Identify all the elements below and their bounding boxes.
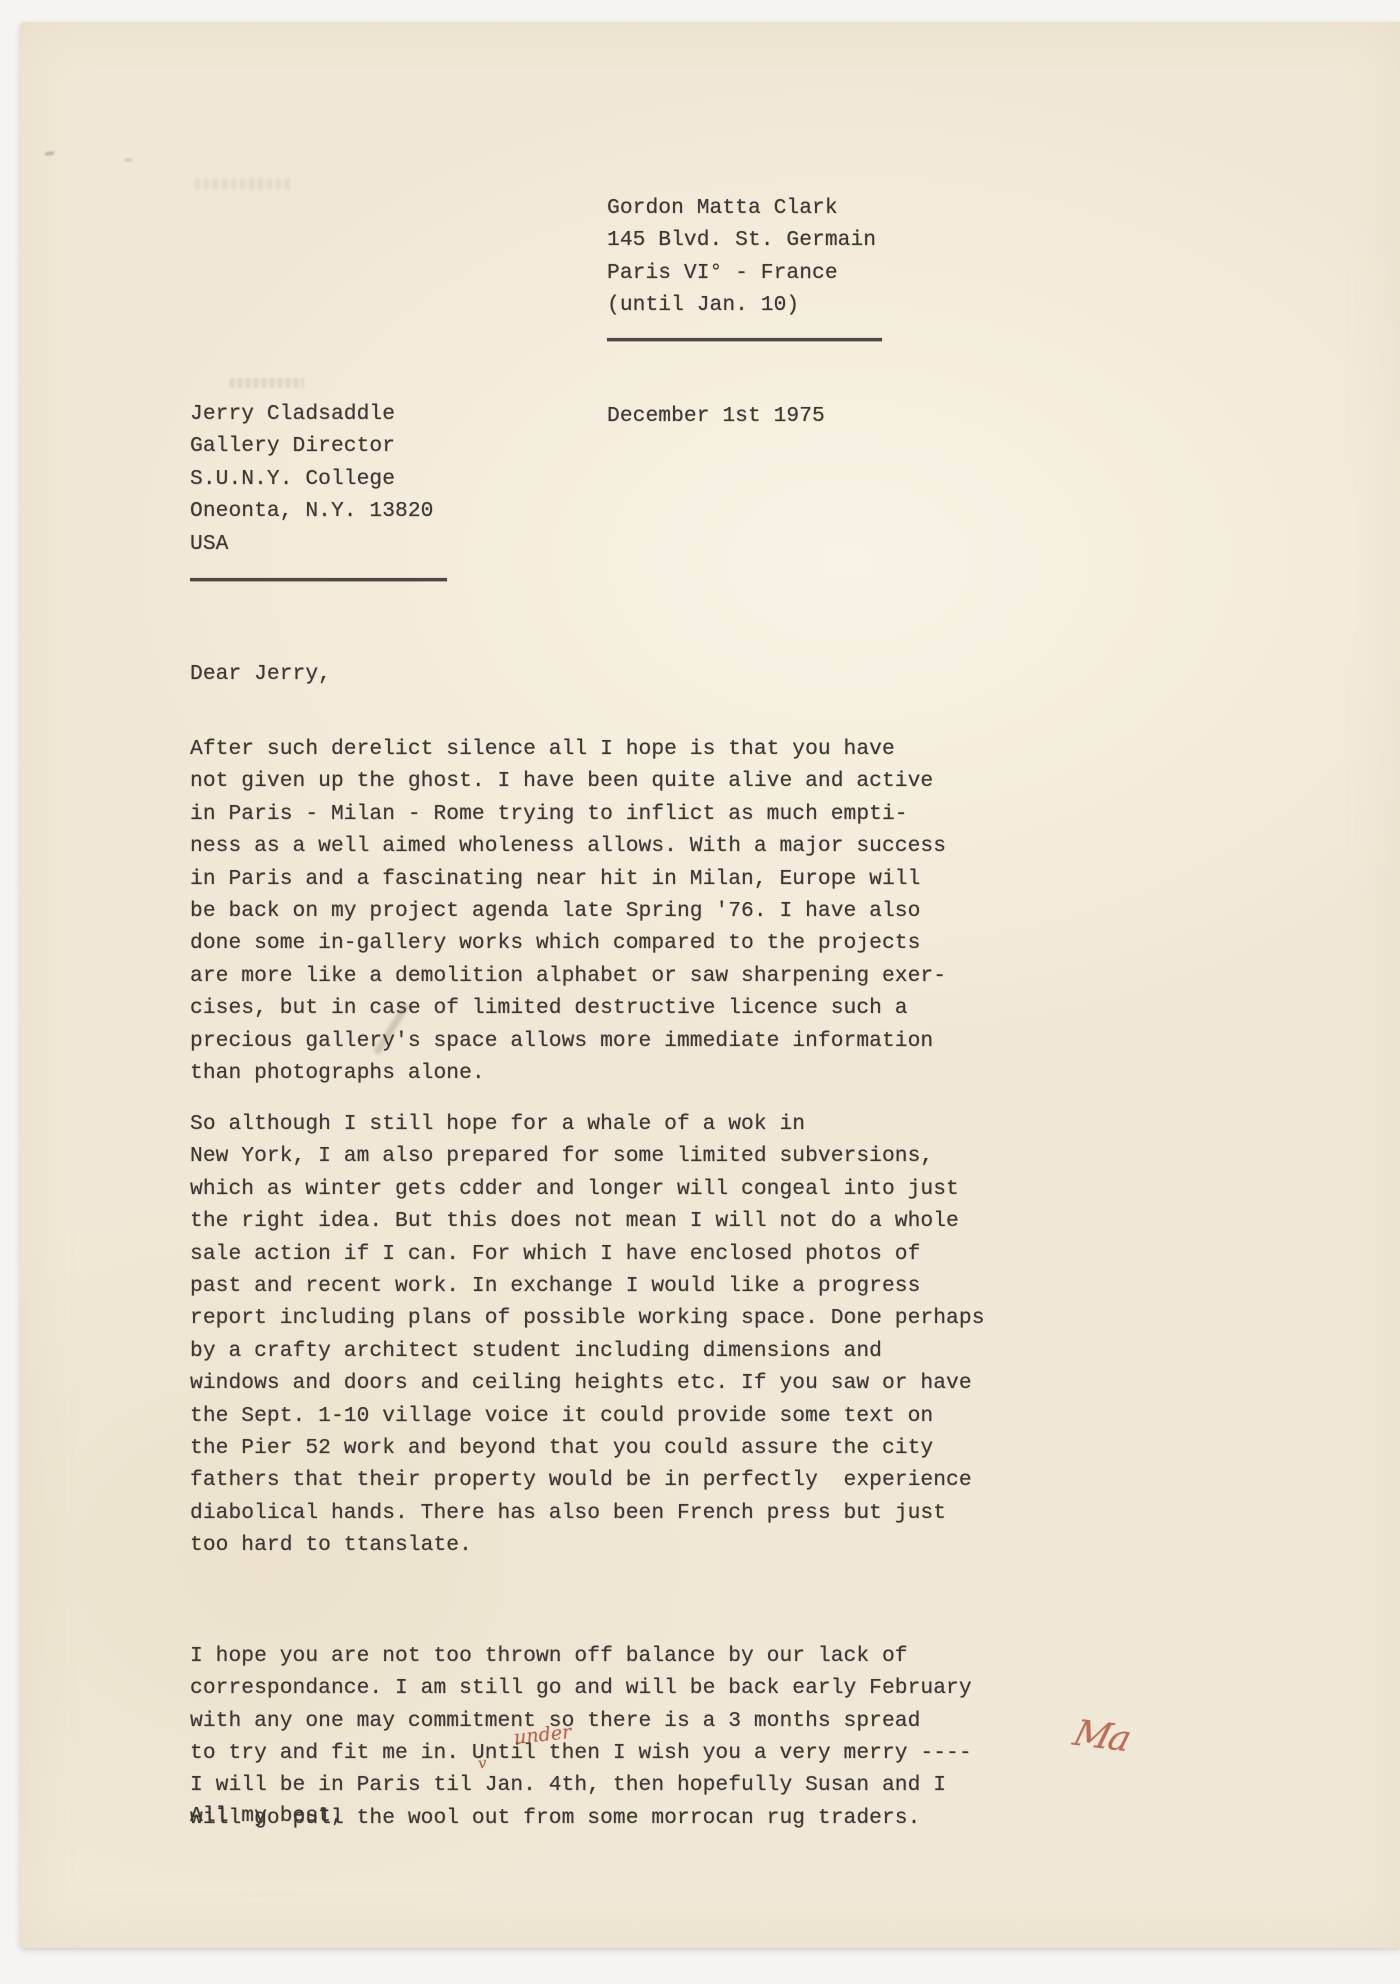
typed-text-line: Gallery Director	[190, 430, 433, 462]
typed-text-line: which as winter gets cdder and longer wi…	[190, 1173, 985, 1205]
typed-rule-under-recipient	[190, 578, 447, 581]
typed-text-line: 145 Blvd. St. Germain	[607, 224, 876, 256]
typed-text-line: with any one may commitment so there is …	[190, 1705, 972, 1737]
typed-text-line: ness as a well aimed wholeness allows. W…	[190, 830, 946, 862]
typed-text-line: I hope you are not too thrown off balanc…	[190, 1640, 972, 1672]
ink-speck	[125, 159, 132, 161]
typed-text-line: too hard to ttanslate.	[190, 1529, 985, 1561]
typed-text-line: Jerry Cladsaddle	[190, 398, 433, 430]
closing-line: All my best,	[190, 1800, 344, 1832]
ghost-text-smudge	[195, 178, 291, 190]
body-paragraph-1: After such derelict silence all I hope i…	[190, 733, 946, 1089]
typed-text-line: by a crafty architect student including …	[190, 1335, 985, 1367]
salutation: Dear Jerry,	[190, 658, 331, 690]
ghost-text-smudge	[230, 378, 304, 388]
letter-date: December 1st 1975	[607, 400, 825, 432]
typed-text-line: be back on my project agenda late Spring…	[190, 895, 946, 927]
typed-text-line: precious gallery's space allows more imm…	[190, 1025, 946, 1057]
typed-text-line: fathers that their property would be in …	[190, 1464, 985, 1496]
red-overwrite-scribble: Ma	[1070, 1718, 1132, 1756]
typed-text-line: New York, I am also prepared for some li…	[190, 1140, 985, 1172]
ink-speck	[45, 151, 54, 155]
typed-text-line: diabolical hands. There has also been Fr…	[190, 1497, 985, 1529]
typed-text-line: the right idea. But this does not mean I…	[190, 1205, 985, 1237]
typed-text-line: the Sept. 1-10 village voice it could pr…	[190, 1400, 985, 1432]
typed-text-line: past and recent work. In exchange I woul…	[190, 1270, 985, 1302]
typed-text-line: sale action if I can. For which I have e…	[190, 1238, 985, 1270]
body-paragraph-3: I hope you are not too thrown off balanc…	[190, 1575, 972, 1834]
sender-address-block: Gordon Matta Clark145 Blvd. St. GermainP…	[607, 192, 876, 322]
typed-text-line: USA	[190, 528, 433, 560]
typed-text-line: After such derelict silence all I hope i…	[190, 733, 946, 765]
typed-text-line: correspondance. I am still go and will b…	[190, 1672, 972, 1704]
typed-text-line: than photographs alone.	[190, 1057, 946, 1089]
letter-page: Gordon Matta Clark145 Blvd. St. GermainP…	[20, 22, 1400, 1948]
body-paragraph-2: So although I still hope for a whale of …	[190, 1108, 985, 1562]
typed-text-line: So although I still hope for a whale of …	[190, 1108, 985, 1140]
typed-text-line: are more like a demolition alphabet or s…	[190, 960, 946, 992]
typed-text-line: I will be in Paris til Jan. 4th, then ho…	[190, 1769, 972, 1801]
typed-text-line: the Pier 52 work and beyond that you cou…	[190, 1432, 985, 1464]
typed-text-line: Oneonta, N.Y. 13820	[190, 495, 433, 527]
recipient-address-block: Jerry CladsaddleGallery DirectorS.U.N.Y.…	[190, 398, 433, 560]
typed-text-line: windows and doors and ceiling heights et…	[190, 1367, 985, 1399]
typed-text-line: report including plans of possible worki…	[190, 1302, 985, 1334]
typed-text-line: S.U.N.Y. College	[190, 463, 433, 495]
typed-text-line: to try and fit me in. Until then I wish …	[190, 1737, 972, 1769]
letter-scan: Gordon Matta Clark145 Blvd. St. GermainP…	[0, 0, 1400, 1984]
typed-text-line: cises, but in case of limited destructiv…	[190, 992, 946, 1024]
typed-text-line: in Paris and a fascinating near hit in M…	[190, 863, 946, 895]
typed-rule-under-sender	[607, 338, 882, 341]
typed-text-line: in Paris - Milan - Rome trying to inflic…	[190, 798, 946, 830]
typed-text-line: done some in-gallery works which compare…	[190, 927, 946, 959]
typed-text-line: not given up the ghost. I have been quit…	[190, 765, 946, 797]
typed-text-line: Gordon Matta Clark	[607, 192, 876, 224]
typed-text-line: (until Jan. 10)	[607, 289, 876, 321]
typed-text-line: Paris VI° - France	[607, 257, 876, 289]
